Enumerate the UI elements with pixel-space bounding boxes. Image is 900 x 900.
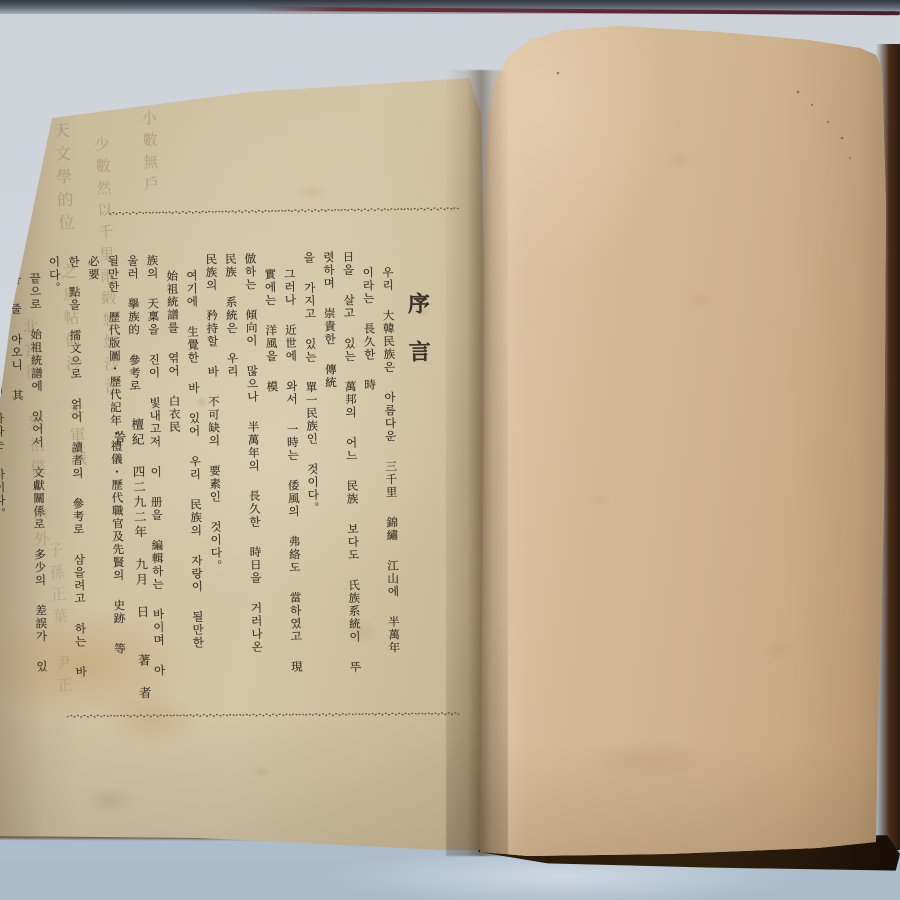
- preface-column: 우리 大韓民族은 아름다운 三千里 錦繡 江山에 半萬年 이라는 長久한 時: [357, 250, 404, 675]
- handwritten-annotation: 小數無戶: [138, 110, 162, 199]
- preface-column: 여기에 生覺한 바 있어 우리 民族의 자랑이 될만한 始祖統譜를 엮어 白衣民: [161, 253, 208, 678]
- preface-column: 倣하는 傾向이 많으나 半萬年의 長久한 時日을 거러나온 民族 系統은 우리: [220, 252, 267, 677]
- colophon-sign: 씀: [112, 430, 127, 445]
- right-page: [468, 24, 900, 880]
- preface-column: 日을 살고 있는 萬邦의 어느 民族 보다도 氏族系統이 뚜렷하며 崇貴한 傳統: [318, 251, 365, 676]
- left-page: 序言 우리 大韓民族은 아름다운 三千里 錦繡 江山에 半萬年 이라는 長久한 …: [0, 70, 492, 850]
- preface-title: 序言: [402, 292, 435, 389]
- book-photograph: 序言 우리 大韓民族은 아름다운 三千里 錦繡 江山에 半萬年 이라는 長久한 …: [0, 0, 900, 900]
- right-page-stains: [468, 24, 900, 880]
- preface-column: 그러나 近世에 와서 一時는 倭風의 弗絡도 當하였고 現實에는 洋風을 模: [259, 252, 306, 677]
- book-gutter: [446, 70, 508, 856]
- colophon-author: 著 者: [136, 653, 152, 701]
